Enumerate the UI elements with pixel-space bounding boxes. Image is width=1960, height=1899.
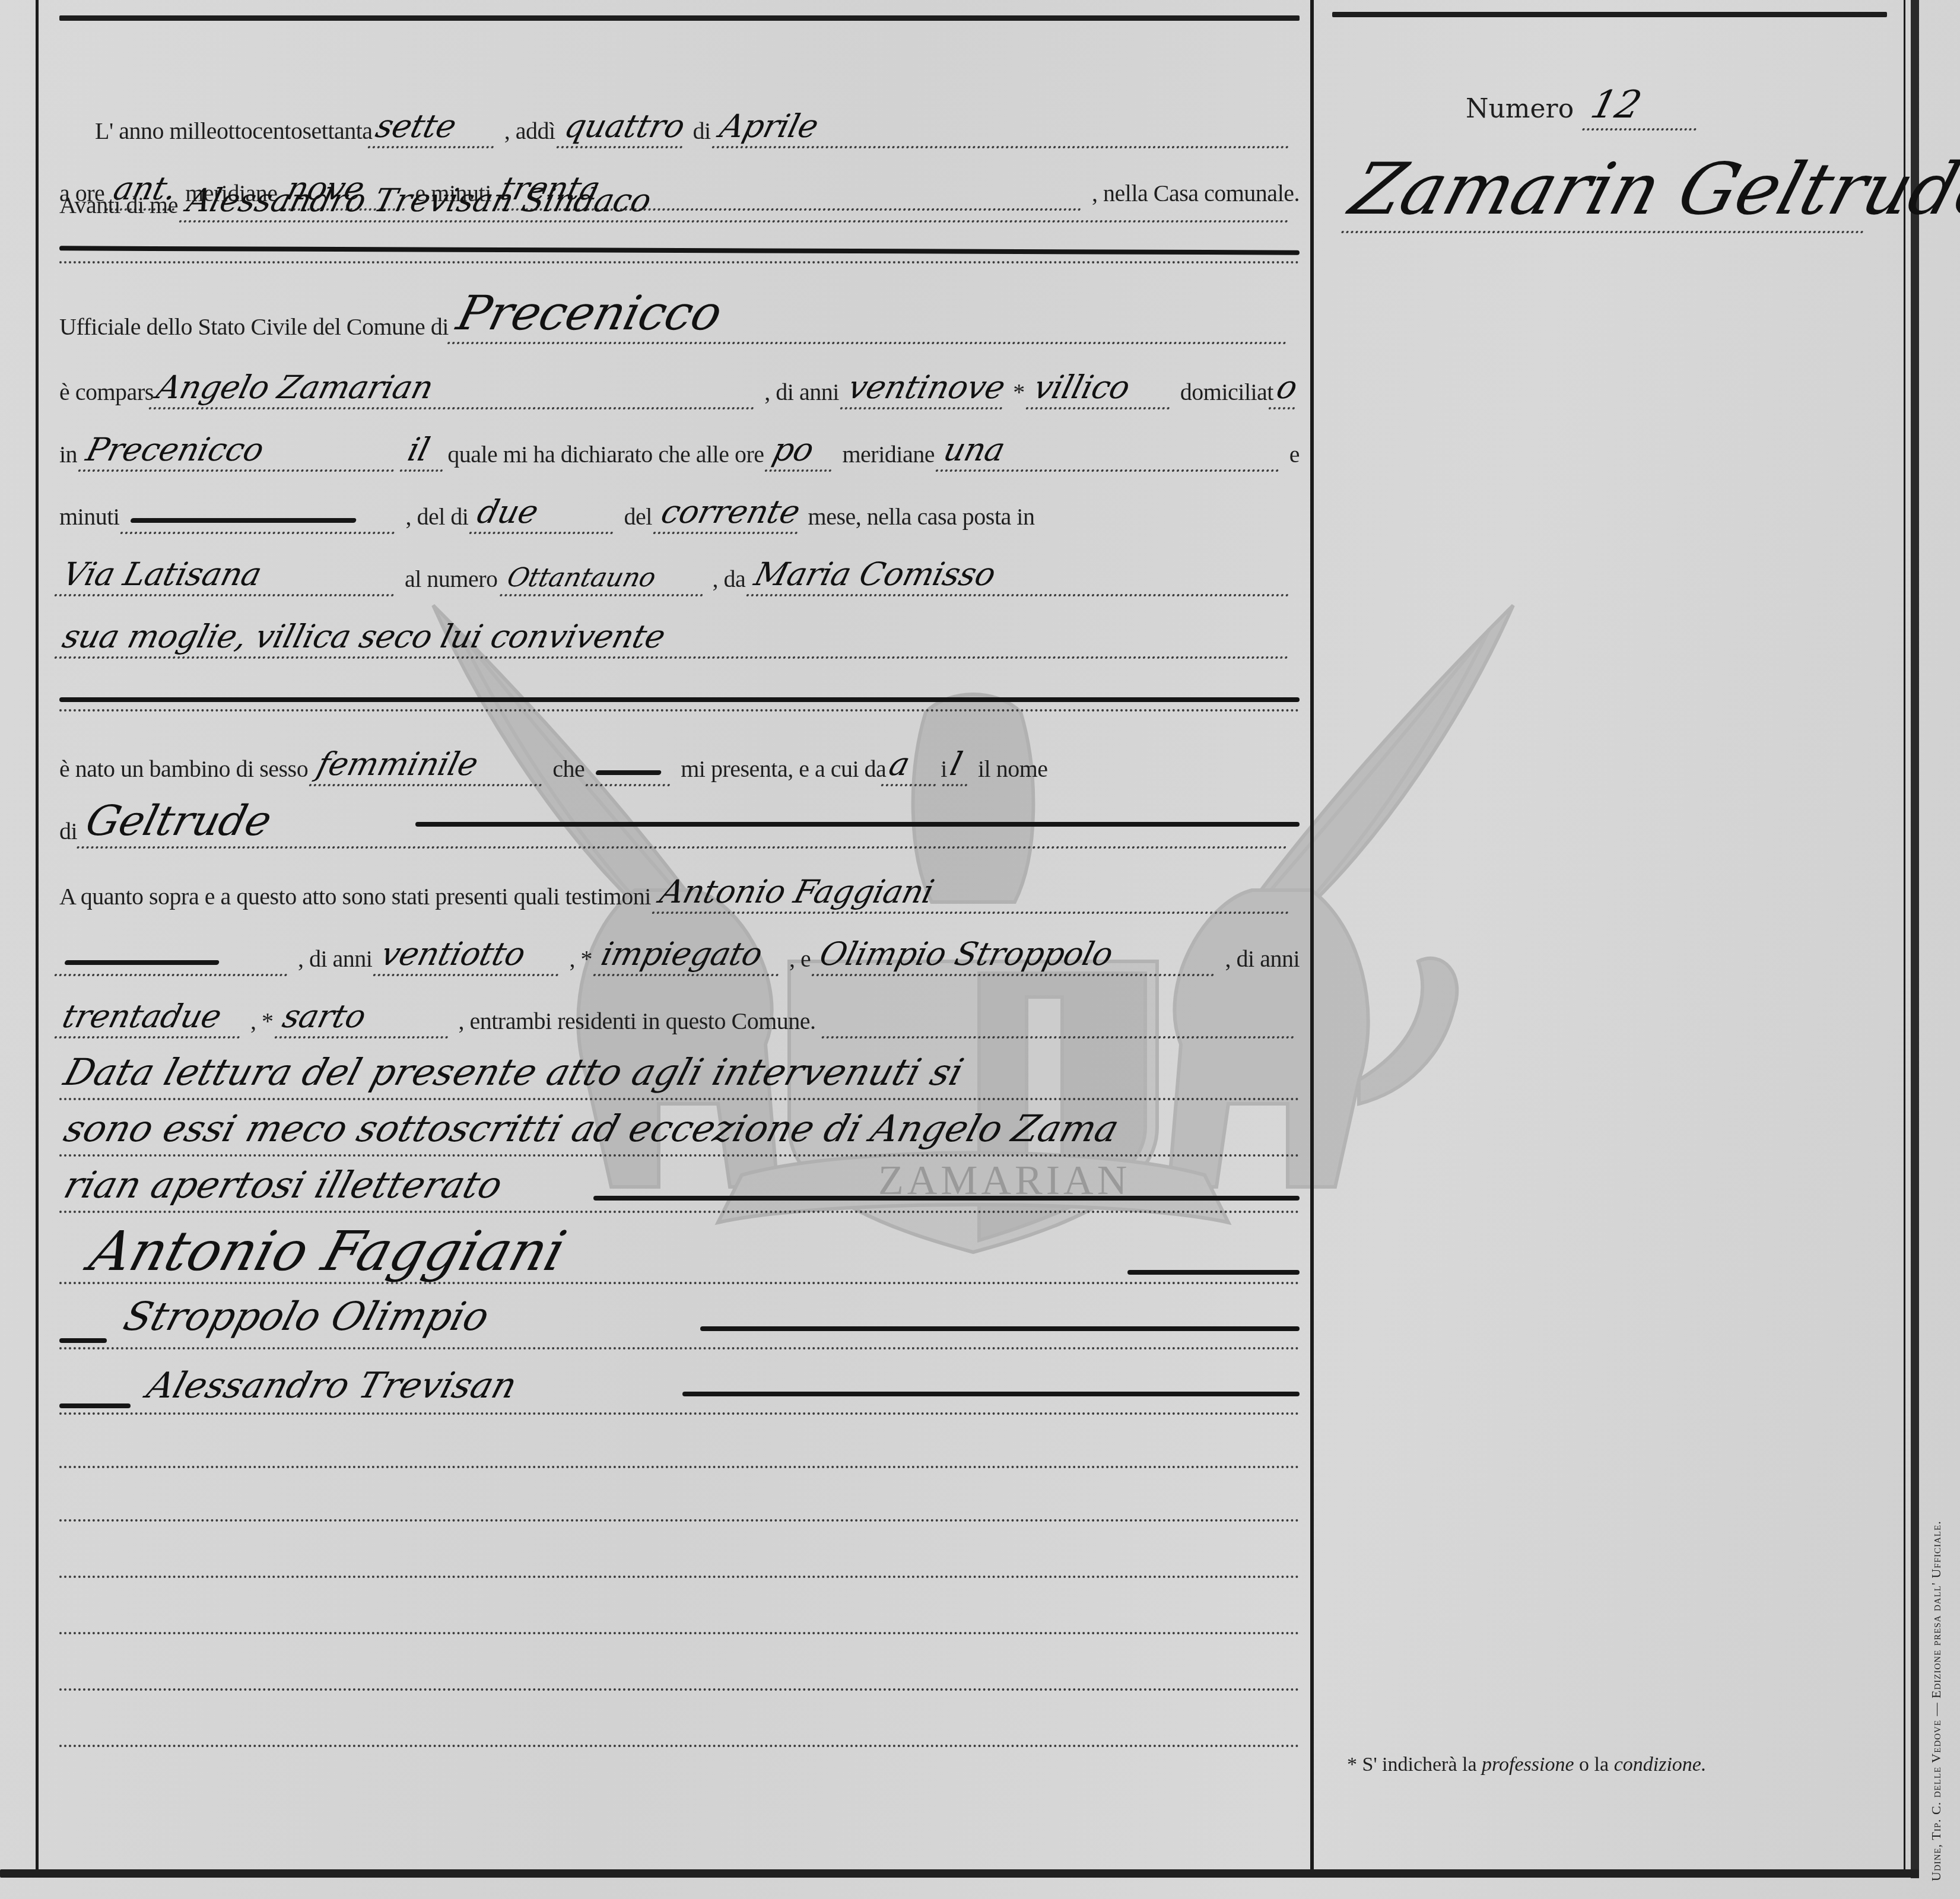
filler-stroke (59, 1403, 131, 1408)
filler-stroke (682, 1392, 1300, 1396)
filler-stroke (1127, 1270, 1300, 1275)
field-mother-detail: sua moglie, villica seco lui convivente (54, 618, 1298, 659)
field-witness2-profession: sarto (274, 998, 458, 1039)
field-witness2: Olimpio Stroppolo (812, 935, 1224, 976)
field-house-number: Ottantauno (499, 563, 710, 596)
field-street: Via Latisana (54, 555, 404, 596)
numero-label: Numero (1466, 94, 1574, 124)
left-border (36, 0, 39, 1875)
record-number: Numero 12 (1466, 83, 1708, 131)
filler-stroke (415, 822, 1300, 827)
field-birth-hour: una (935, 431, 1288, 472)
column-divider (1310, 0, 1314, 1875)
right-border-thick (1911, 0, 1919, 1878)
field-domicile: Precenicco (78, 431, 404, 472)
field-corrente: corrente (653, 493, 807, 534)
blank-line (59, 1576, 1300, 1578)
field-year: sette (367, 107, 503, 148)
blank-line (59, 1519, 1300, 1522)
dotted-line (59, 1347, 1300, 1349)
blank-line (59, 1466, 1300, 1468)
field-declarant-age: ventinove (840, 369, 1012, 409)
form-line-witnesses: A quanto sopra e a questo atto sono stat… (59, 866, 1300, 914)
registrant-name: Zamarin Geltrude (1341, 148, 1888, 233)
field-month: Aprile (711, 107, 1299, 148)
form-line-witness-details: , di anni ventiotto , * impiegato , e Ol… (59, 929, 1300, 976)
field-pom: po (765, 431, 841, 472)
top-rule-left (59, 15, 1300, 21)
form-line-ufficiale: Ufficiale dello Stato Civile del Comune … (59, 297, 1300, 344)
field-birth-minutes (120, 493, 405, 534)
top-rule-right (1332, 12, 1887, 17)
blank-line (59, 1688, 1300, 1691)
field-witness1-profession: impiegato (593, 935, 788, 976)
signature-witness1: Antonio Faggiani (83, 1220, 573, 1283)
form-line-minuti: minuti , del di due del corrente mese, n… (59, 487, 1300, 534)
filler-stroke (59, 1338, 107, 1343)
right-border-thin (1904, 0, 1905, 1869)
footnote: * S' indicherà la professione o la condi… (1347, 1754, 1706, 1776)
dotted-line (59, 261, 1300, 263)
field-sex: femminile (309, 745, 552, 786)
field-official: Alessandro Trevisan Sindaco (179, 182, 1298, 223)
field-birth-day: due (469, 493, 623, 534)
form-line-mother-detail: sua moglie, villica seco lui convivente (59, 611, 1300, 659)
dotted-line (59, 1211, 1300, 1213)
filler-stroke (59, 697, 1300, 702)
field-witness2-age: trentadue (54, 998, 249, 1039)
field-witness1: Antonio Faggiani (652, 873, 1298, 914)
form-line-date: L' anno milleottocentosettanta sette , a… (59, 101, 1300, 148)
dotted-line (59, 1154, 1300, 1157)
signature-witness2: Stroppolo Olimpio (119, 1294, 494, 1339)
form-line-comparso: è compars Angelo Zamarian , di anni vent… (59, 362, 1300, 409)
field-day: quattro (556, 107, 692, 148)
dotted-line (59, 1412, 1300, 1415)
closing-line-1: Data lettura del presente atto agli inte… (59, 1050, 968, 1094)
field-mother: Maria Comisso (746, 555, 1299, 596)
bottom-rule (0, 1869, 1919, 1878)
form-line-domicile: in Precenicco il quale mi ha dichiarato … (59, 424, 1300, 472)
closing-line-2: sono essi meco sottoscritti ad eccezione… (59, 1107, 1124, 1150)
field-declarant-profession: villico (1025, 369, 1179, 409)
filler-stroke (593, 1196, 1300, 1201)
numero-value: 12 (1582, 83, 1708, 131)
form-line-address: Via Latisana al numero Ottantauno , da M… (59, 549, 1300, 596)
printer-imprint: Udine, Tip. C. delle Vedove — Edizione p… (1929, 1520, 1944, 1881)
field-comune: Precenicco (447, 285, 1301, 344)
filler-stroke (700, 1326, 1300, 1331)
form-line-sex: è nato un bambino di sesso femminile che… (59, 739, 1300, 786)
field-declarant: Angelo Zamarian (148, 369, 764, 409)
signature-official: Alessandro Trevisan (142, 1365, 522, 1406)
dotted-line (59, 709, 1300, 712)
blank-line (59, 1745, 1300, 1747)
form-line-witness2-details: trentadue , * sarto , entrambi residenti… (59, 991, 1300, 1039)
form-line-avanti: Avanti di me Alessandro Trevisan Sindaco (59, 175, 1300, 223)
blank-line (59, 1632, 1300, 1634)
dotted-line (59, 1098, 1300, 1100)
field-witness1-age: ventiotto (373, 935, 568, 976)
closing-line-3: rian apertosi illetterato (59, 1163, 507, 1206)
